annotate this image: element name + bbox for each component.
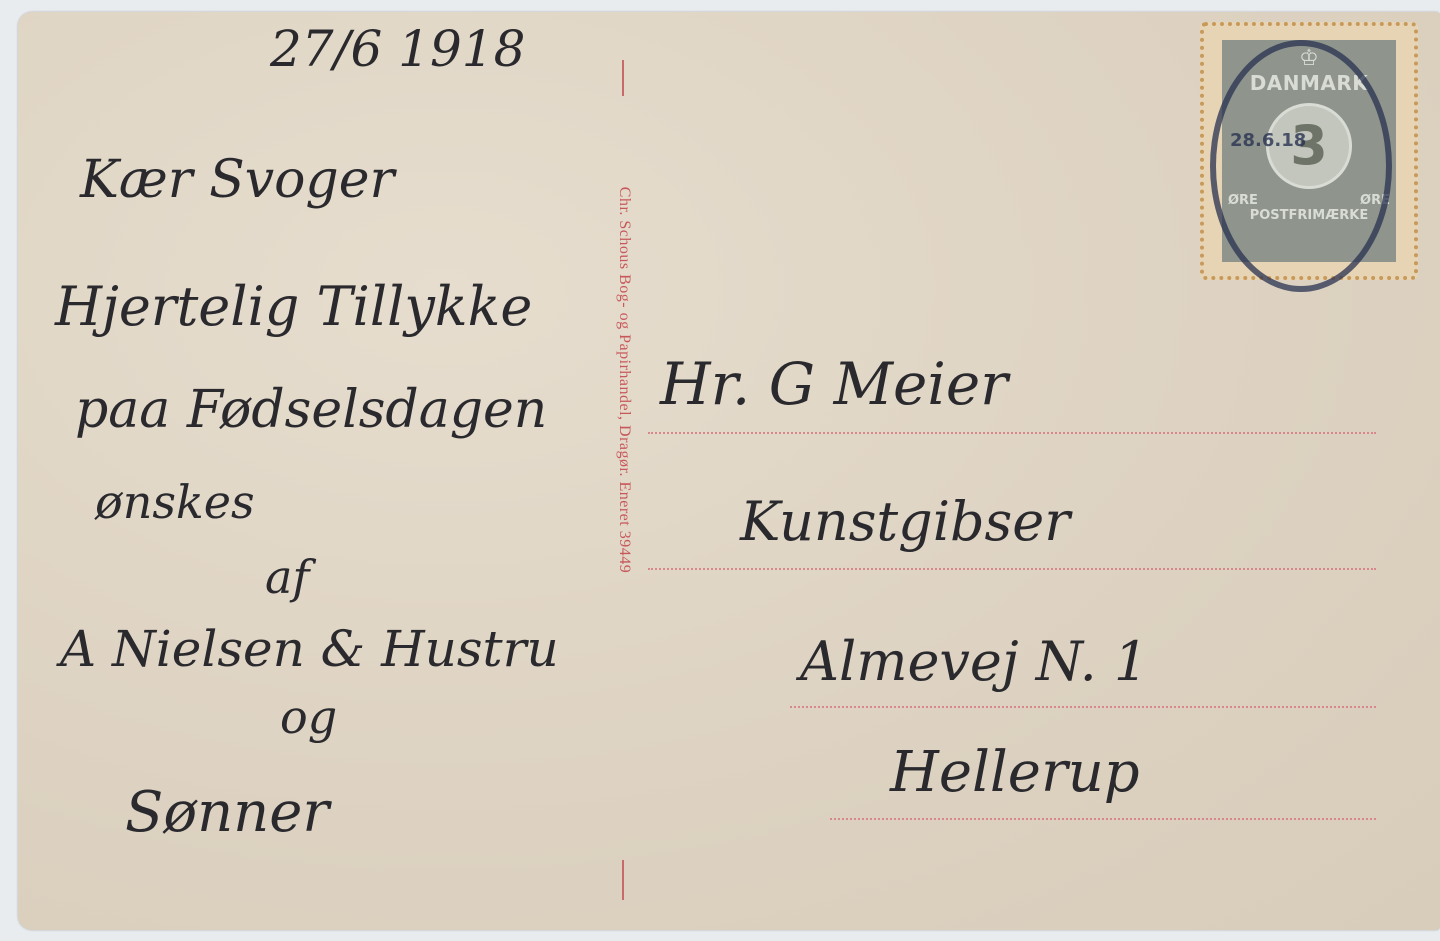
address-line: [830, 818, 1376, 820]
handwritten-line: A Nielsen & Hustru: [60, 620, 559, 678]
address-city: Hellerup: [890, 740, 1140, 805]
address-line: [648, 432, 1376, 434]
address-occupation: Kunstgibser: [740, 490, 1070, 553]
handwritten-line: af: [265, 550, 309, 604]
handwritten-line: ønskes: [95, 475, 255, 529]
handwritten-date: 27/6 1918: [270, 20, 525, 78]
printer-imprint-text: Chr. Schous Bog- og Papirhandel, Dragør.…: [615, 187, 633, 573]
address-recipient: Hr. G Meier: [660, 350, 1008, 418]
handwritten-line: Hjertelig Tillykke: [55, 275, 532, 338]
address-line: [790, 706, 1376, 708]
postmark-date: 28.6.18: [1230, 130, 1306, 151]
handwritten-greeting: Kær Svoger: [80, 150, 394, 210]
printer-imprint: Chr. Schous Bog- og Papirhandel, Dragør.…: [604, 110, 644, 650]
address-line: [648, 568, 1376, 570]
address-street: Almevej N. 1: [800, 630, 1148, 693]
postmark-circle: [1210, 40, 1392, 292]
handwritten-line: og: [280, 690, 337, 744]
handwritten-line: Sønner: [125, 780, 329, 845]
divider-bottom: [622, 860, 624, 900]
divider-top: [622, 60, 624, 96]
handwritten-line: paa Fødselsdagen: [75, 380, 547, 440]
